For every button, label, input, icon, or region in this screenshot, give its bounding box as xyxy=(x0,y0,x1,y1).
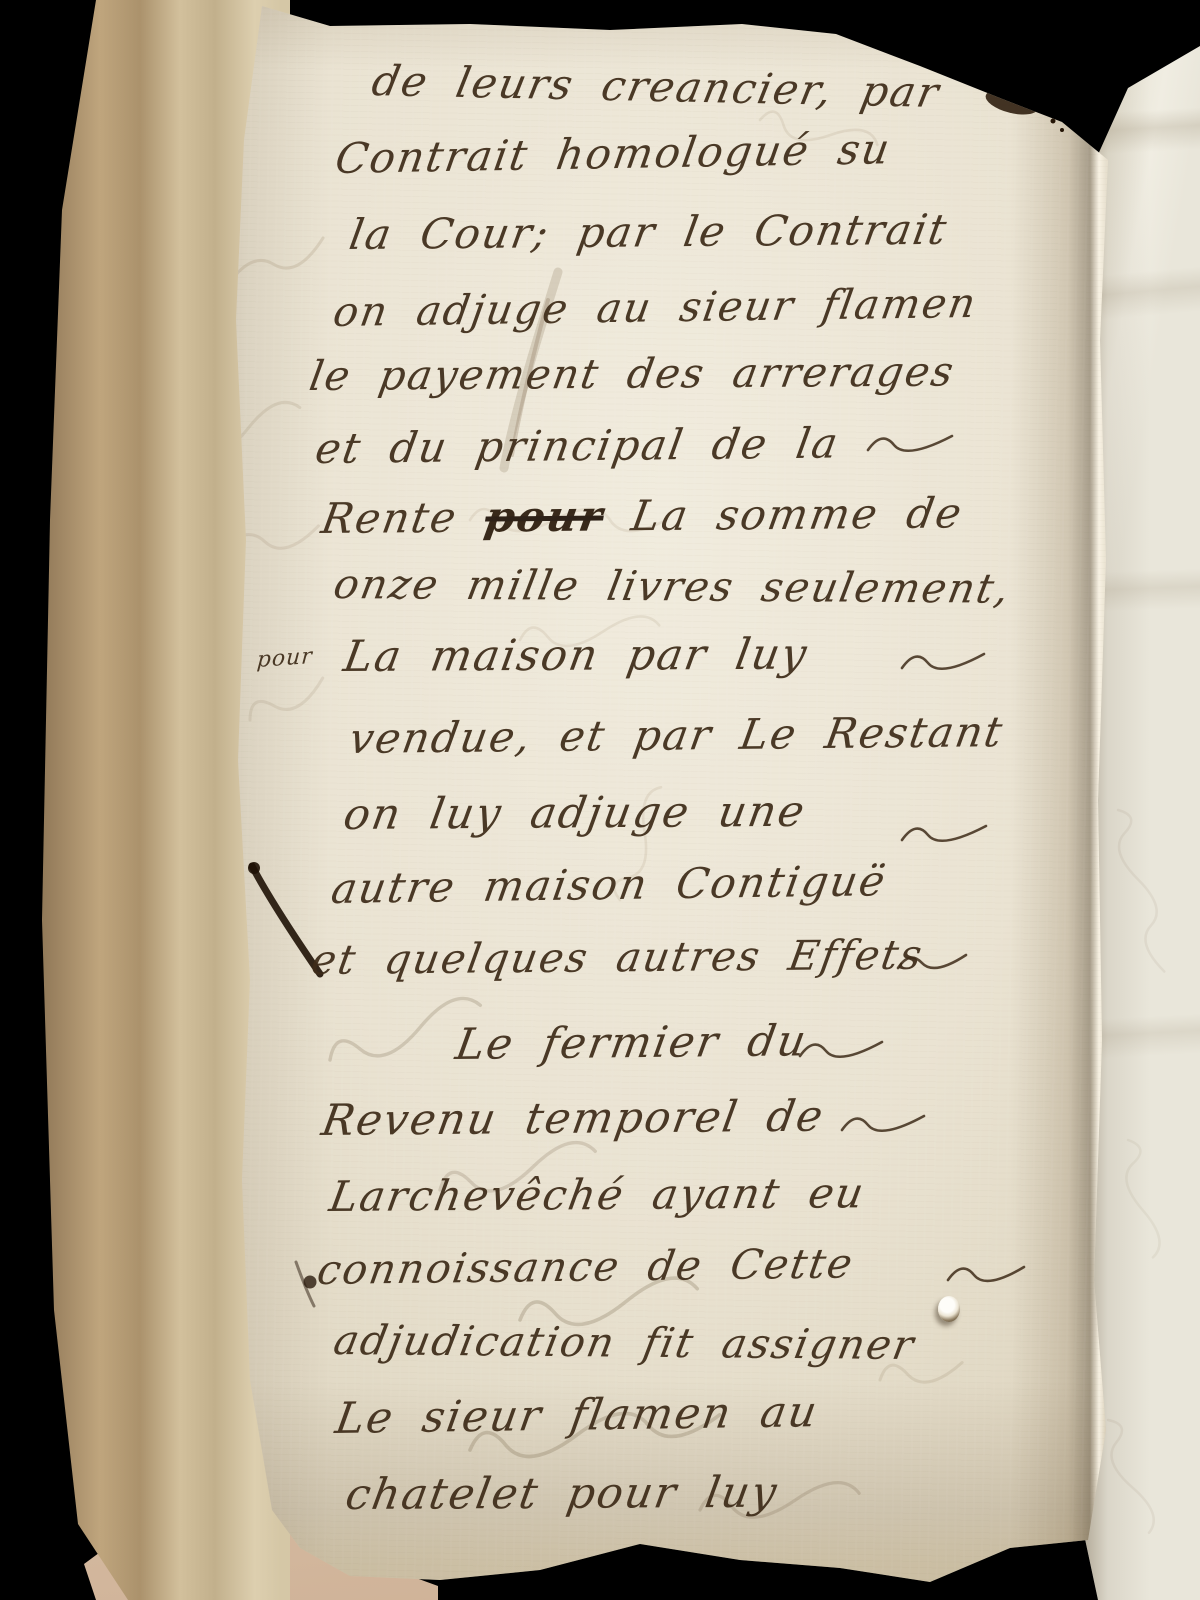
manuscript-line-16: Larchevêché ayant eu xyxy=(326,1168,869,1221)
margin-note-pour: pour xyxy=(256,644,314,673)
manuscript-line-5: le payement des arrerages xyxy=(306,347,959,400)
line7-post: La somme de xyxy=(600,488,967,540)
manuscript-line-8: onze mille livres seulement, xyxy=(330,560,1015,613)
manuscript-line-12: autre maison Contiguë xyxy=(328,856,890,913)
manuscript-line-10: vendue, et par Le Restant xyxy=(346,707,1008,763)
paper-hole xyxy=(938,1296,960,1322)
manuscript-line-11: on luy adjuge une xyxy=(340,787,810,840)
manuscript-line-9: La maison par luy xyxy=(340,630,812,682)
manuscript-line-15: Revenu temporel de xyxy=(318,1092,828,1146)
manuscript-line-18: adjudication fit assigner xyxy=(330,1316,919,1369)
manuscript-line-2: Contrait homologué su xyxy=(332,124,895,183)
manuscript-line-17: connoissance de Cette xyxy=(314,1239,858,1294)
manuscript-line-7: Rente pour La somme de xyxy=(318,488,967,543)
margin-stroke xyxy=(252,866,320,974)
manuscript-line-14: Le fermier du xyxy=(452,1016,811,1070)
line7-pre: Rente xyxy=(318,492,490,543)
manuscript-line-4: on adjuge au sieur flamen xyxy=(330,279,981,336)
manuscript-line-3: la Cour; par le Contrait xyxy=(346,205,952,259)
manuscript-line-20: chatelet pour luy xyxy=(342,1468,782,1520)
manuscript-line-6: et du principal de la xyxy=(312,418,843,473)
manuscript-photograph: 42 de leurs creancier, par Contrait homo… xyxy=(0,0,1200,1600)
line7-struck-word: pour xyxy=(482,491,608,541)
manuscript-line-13: et quelques autres Effets xyxy=(308,931,927,984)
correction-blot xyxy=(983,85,1041,119)
manuscript-line-19: Le sieur flamen au xyxy=(332,1387,822,1444)
